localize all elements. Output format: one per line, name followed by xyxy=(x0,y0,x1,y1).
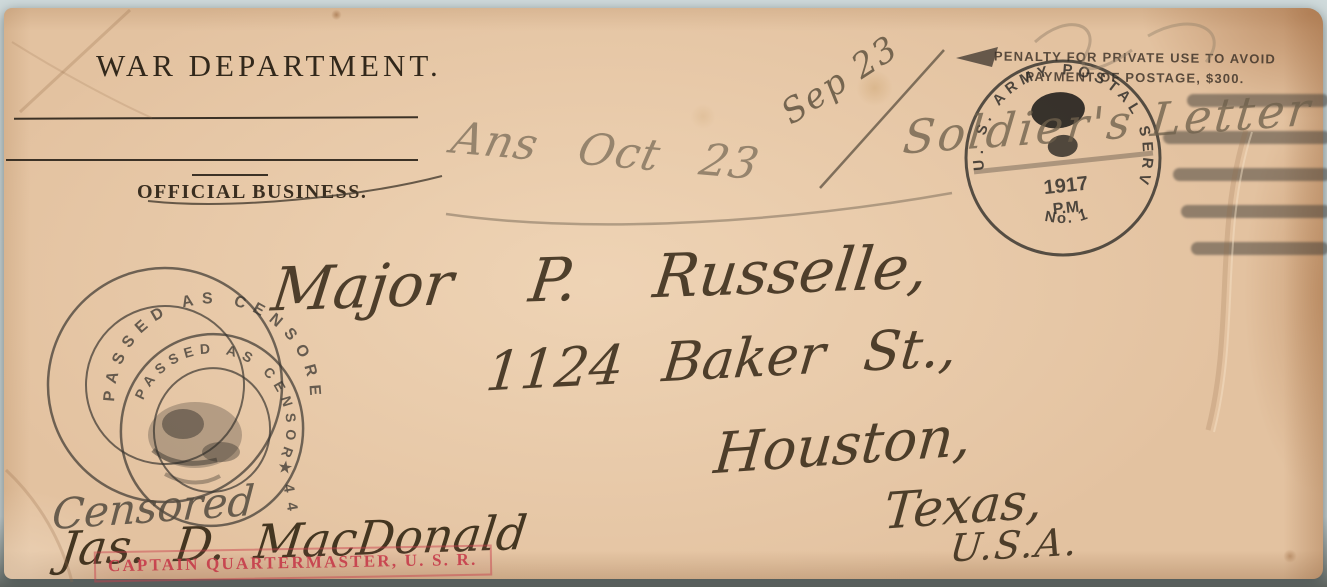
cancellation-bar xyxy=(1173,168,1327,181)
short-rule-line xyxy=(192,174,268,176)
cancellation-bar xyxy=(1191,242,1327,255)
eagle-blob xyxy=(202,442,240,462)
postmark-year: 1917 xyxy=(1043,173,1090,200)
postmark-meridiem: P.M. xyxy=(1052,198,1084,218)
censor-eagle-emblem xyxy=(148,402,242,483)
sender-name: WAR DEPARTMENT. xyxy=(96,48,442,84)
address-rule-line xyxy=(6,159,418,161)
scanned-envelope-image: WAR DEPARTMENT. OFFICIAL BUSINESS. PENAL… xyxy=(0,0,1327,587)
cancellation-bar xyxy=(1181,205,1327,218)
eagle-blob xyxy=(162,409,204,439)
official-business-label: OFFICIAL BUSINESS. xyxy=(137,181,367,204)
censor-number-marks: ★ 4 4 xyxy=(275,459,301,515)
address-country: U.S.A. xyxy=(948,519,1081,570)
